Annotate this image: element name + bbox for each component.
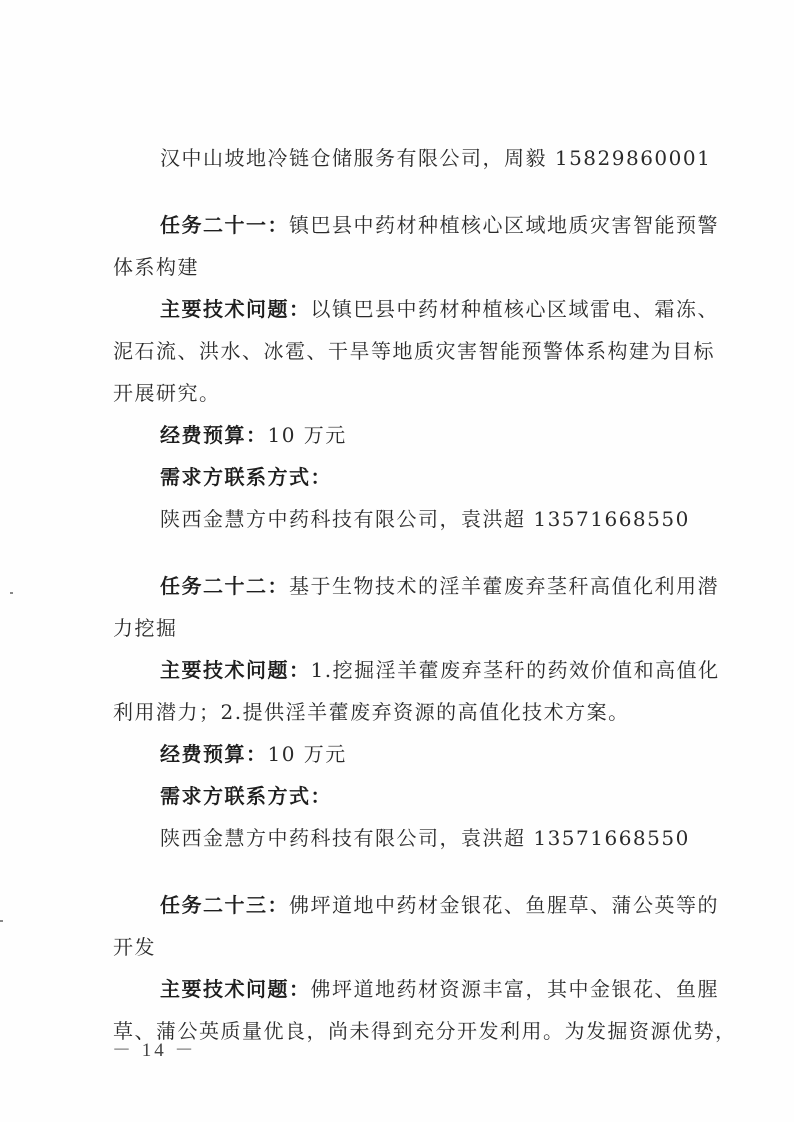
task-22-title-cont: 力挖掘	[113, 616, 705, 640]
task-21-title-text: 镇巴县中药材种植核心区域地质灾害智能预警	[289, 213, 719, 237]
task-21-problem-cont-1: 泥石流、洪水、冰雹、干旱等地质灾害智能预警体系构建为目标	[113, 339, 705, 363]
task-21-problem: 主要技术问题：以镇巴县中药材种植核心区域雷电、霜冻、	[160, 297, 705, 321]
page-number: － 14 －	[112, 1035, 197, 1062]
task-21-budget-label: 经费预算：	[160, 423, 268, 447]
task-22-budget-value: 10 万元	[268, 742, 347, 766]
task-22-label: 任务二十二：	[160, 574, 289, 598]
task-21-title: 任务二十一：镇巴县中药材种植核心区域地质灾害智能预警	[160, 213, 705, 237]
task-23-title: 任务二十三：佛坪道地中药材金银花、鱼腥草、蒲公英等的	[160, 893, 705, 917]
task-22-title: 任务二十二：基于生物技术的淫羊藿废弃茎秆高值化利用潜	[160, 574, 705, 598]
task-22-problem-text: 1.挖掘淫羊藿废弃茎秆的药效价值和高值化	[311, 658, 720, 682]
task-21-problem-text: 以镇巴县中药材种植核心区域雷电、霜冻、	[311, 297, 720, 321]
task-22-problem-cont: 利用潜力；2.提供淫羊藿废弃资源的高值化技术方案。	[113, 700, 705, 724]
task-23-problem-text: 佛坪道地药材资源丰富，其中金银花、鱼腥	[311, 977, 720, 1001]
scan-speck	[0, 920, 3, 922]
task-23-title-text: 佛坪道地中药材金银花、鱼腥草、蒲公英等的	[289, 893, 719, 917]
task-21-budget: 经费预算：10 万元	[160, 423, 705, 447]
task-23-problem: 主要技术问题：佛坪道地药材资源丰富，其中金银花、鱼腥	[160, 977, 705, 1001]
task-22-contact-value: 陕西金慧方中药科技有限公司，袁洪超 13571668550	[160, 826, 705, 850]
task-22-title-text: 基于生物技术的淫羊藿废弃茎秆高值化利用潜	[289, 574, 719, 598]
scan-speck	[10, 592, 13, 594]
document-page: 汉中山坡地冷链仓储服务有限公司，周毅 15829860001 任务二十一：镇巴县…	[0, 0, 794, 1122]
task-21-problem-cont-2: 开展研究。	[113, 381, 705, 405]
task-23-label: 任务二十三：	[160, 893, 289, 917]
task-21-budget-value: 10 万元	[268, 423, 347, 447]
task-21-contact-label: 需求方联系方式：	[160, 465, 705, 489]
task-23-problem-label: 主要技术问题：	[160, 977, 311, 1001]
task-21-label: 任务二十一：	[160, 213, 289, 237]
task-22-budget: 经费预算：10 万元	[160, 742, 705, 766]
task-22-budget-label: 经费预算：	[160, 742, 268, 766]
task-23-problem-cont: 草、蒲公英质量优良，尚未得到充分开发利用。为发掘资源优势，	[113, 1019, 705, 1043]
task-21-contact-value: 陕西金慧方中药科技有限公司，袁洪超 13571668550	[160, 507, 705, 531]
task-23-title-cont: 开发	[113, 935, 705, 959]
previous-task-contact: 汉中山坡地冷链仓储服务有限公司，周毅 15829860001	[160, 146, 705, 170]
task-21-problem-label: 主要技术问题：	[160, 297, 311, 321]
task-22-contact-label: 需求方联系方式：	[160, 784, 705, 808]
task-22-problem-label: 主要技术问题：	[160, 658, 311, 682]
task-22-problem: 主要技术问题：1.挖掘淫羊藿废弃茎秆的药效价值和高值化	[160, 658, 705, 682]
task-21-title-cont: 体系构建	[113, 255, 705, 279]
